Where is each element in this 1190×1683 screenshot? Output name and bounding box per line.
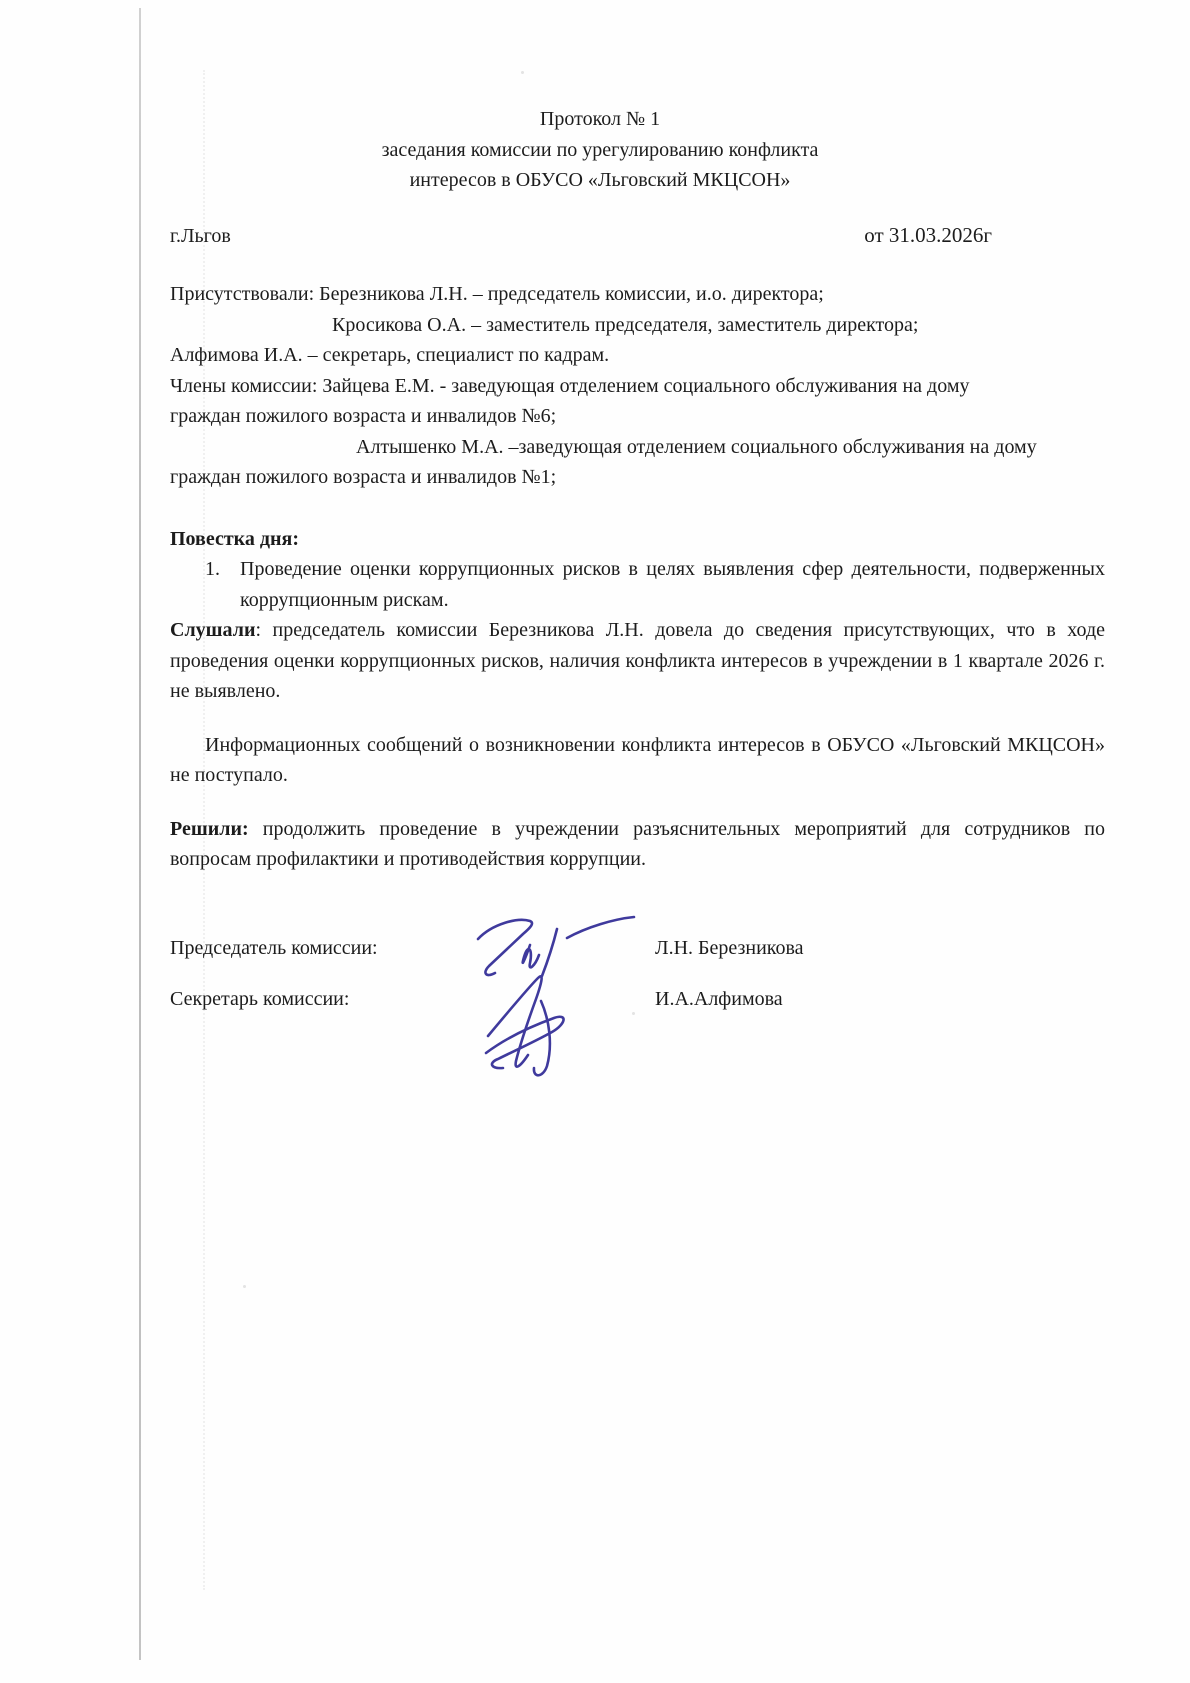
attendees-line: Алтышенко М.А. –заведующая отделением со… bbox=[356, 432, 1105, 463]
scan-speck bbox=[243, 1285, 246, 1288]
agenda-item-text: Проведение оценки коррупционных рисков в… bbox=[240, 554, 1105, 615]
chairman-role-label: Председатель комиссии: bbox=[170, 933, 490, 964]
document-content: Протокол № 1 заседания комиссии по урегу… bbox=[170, 0, 1105, 1035]
secretary-role-label: Секретарь комиссии: bbox=[170, 984, 490, 1015]
secretary-handwritten-signature bbox=[476, 972, 618, 1084]
decided-paragraph: Решили: продолжить проведение в учрежден… bbox=[170, 814, 1105, 875]
agenda-item: 1. Проведение оценки коррупционных риско… bbox=[170, 554, 1105, 615]
attendees-line: Алфимова И.А. – секретарь, специалист по… bbox=[170, 340, 1105, 371]
secretary-name: И.А.Алфимова bbox=[655, 984, 783, 1015]
attendees-block: Присутствовали: Березникова Л.Н. – предс… bbox=[170, 279, 1105, 493]
chairman-name: Л.Н. Березникова bbox=[655, 933, 804, 964]
heard-text: : председатель комиссии Березникова Л.Н.… bbox=[170, 619, 1105, 702]
agenda-item-number: 1. bbox=[205, 554, 240, 615]
chairman-handwritten-signature bbox=[468, 911, 640, 991]
decided-label: Решили: bbox=[170, 818, 249, 840]
document-place: г.Льгов bbox=[170, 221, 231, 252]
chairman-signature-row: Председатель комиссии: Л.Н. Березникова bbox=[170, 933, 1105, 964]
place-date-row: г.Льгов от 31.03.2026г bbox=[170, 220, 1105, 252]
attendees-line: Присутствовали: Березникова Л.Н. – предс… bbox=[170, 279, 1105, 310]
scanned-document-page: Протокол № 1 заседания комиссии по урегу… bbox=[0, 0, 1190, 1683]
document-title-line-2: заседания комиссии по урегулированию кон… bbox=[170, 135, 1030, 166]
heard-label: Слушали bbox=[170, 619, 255, 641]
scan-artifact-vertical-line bbox=[139, 8, 141, 1660]
attendees-line: граждан пожилого возраста и инвалидов №6… bbox=[170, 401, 1105, 432]
decided-text: продолжить проведение в учреждении разъя… bbox=[170, 818, 1105, 871]
secretary-signature-row: Секретарь комиссии: И.А.Алфимова bbox=[170, 984, 1105, 1015]
document-title-line-3: интересов в ОБУСО «Льговский МКЦСОН» bbox=[170, 165, 1030, 196]
agenda-heading: Повестка дня: bbox=[170, 524, 1105, 555]
heard-paragraph: Слушали: председатель комиссии Березнико… bbox=[170, 615, 1105, 707]
info-paragraph: Информационных сообщений о возникновении… bbox=[170, 730, 1105, 791]
attendees-line: Члены комиссии: Зайцева Е.М. - заведующа… bbox=[170, 371, 1105, 402]
attendees-line: граждан пожилого возраста и инвалидов №1… bbox=[170, 462, 1105, 493]
attendees-line: Кросикова О.А. – заместитель председател… bbox=[332, 310, 1105, 341]
signatures-block: Председатель комиссии: Л.Н. Березникова … bbox=[170, 933, 1105, 1015]
document-title-line-1: Протокол № 1 bbox=[170, 104, 1030, 135]
document-date: от 31.03.2026г bbox=[864, 220, 992, 251]
document-title-block: Протокол № 1 заседания комиссии по урегу… bbox=[170, 104, 1030, 196]
